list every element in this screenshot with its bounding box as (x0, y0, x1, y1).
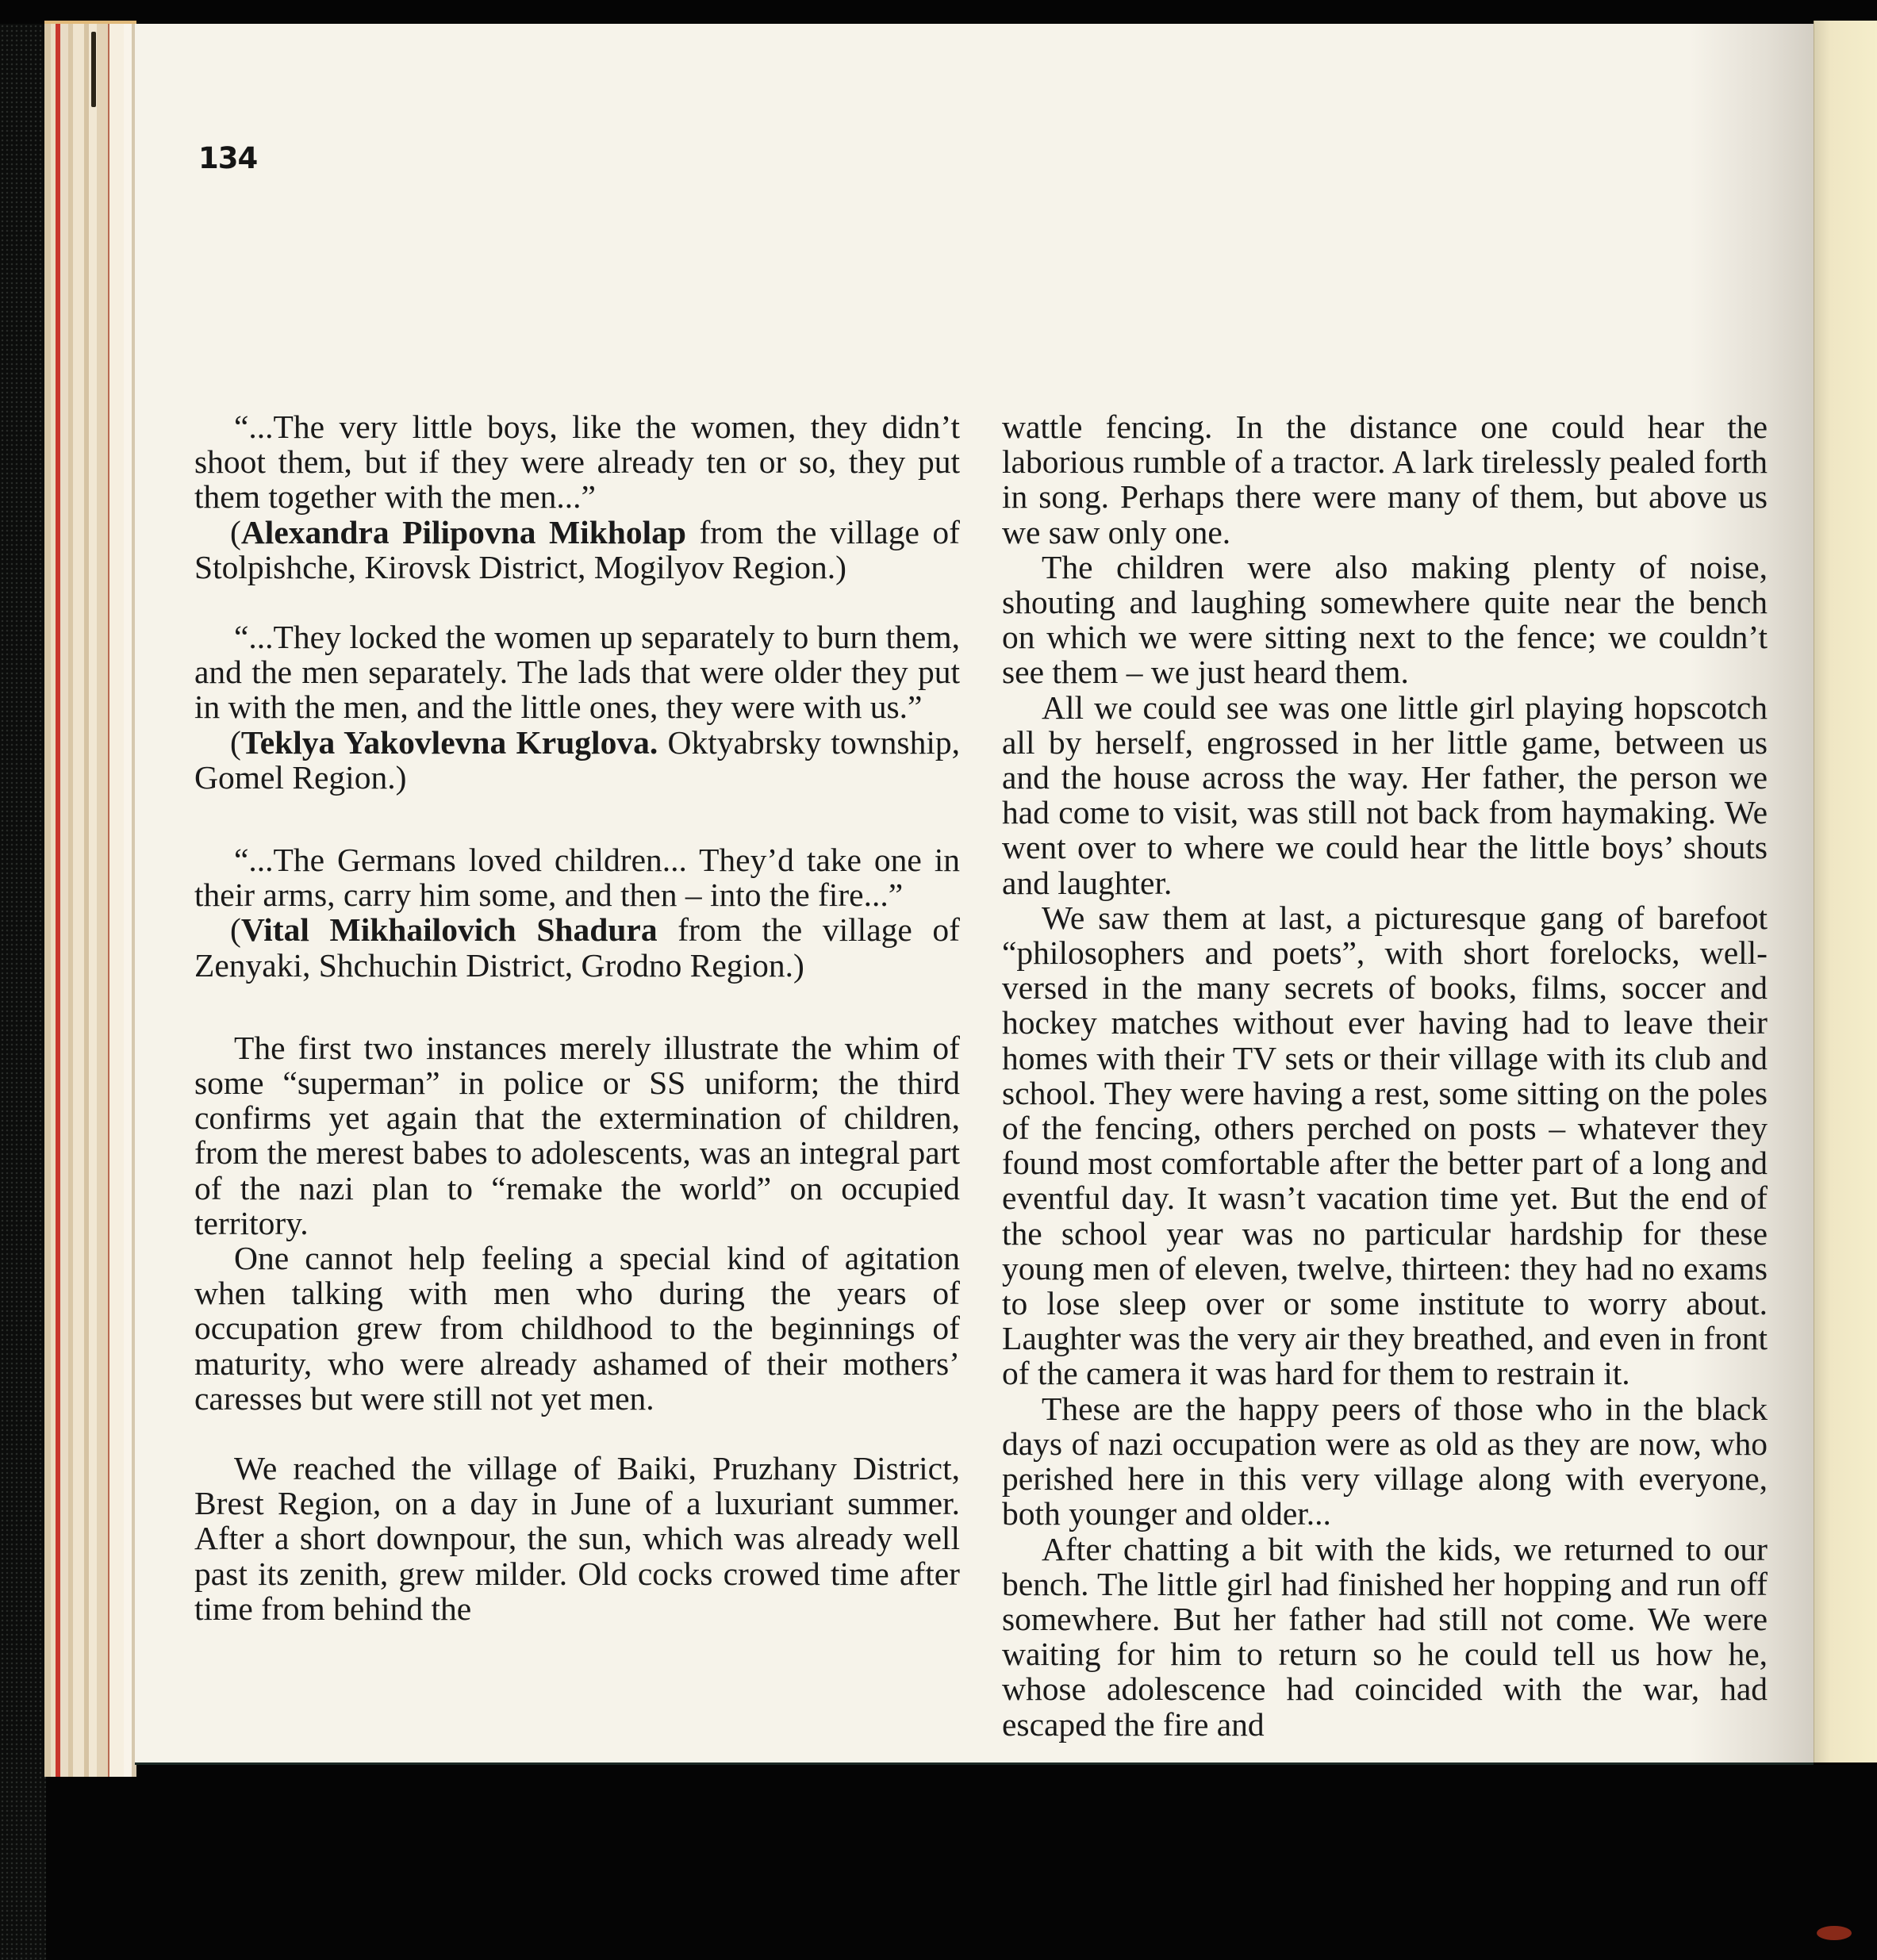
quote-3-text: “...The Germans loved children... They’d… (194, 842, 960, 912)
quote-1-text: “...The very little boys, like the women… (194, 409, 960, 515)
attribution-paren: ( (230, 724, 241, 761)
body-paragraph: We saw them at last, a picturesque gang … (1002, 900, 1768, 1391)
spacer (194, 1416, 960, 1451)
book-cover-edge (0, 24, 46, 1960)
body-paragraph: One cannot help feeling a special kind o… (194, 1241, 960, 1416)
cover-corner-mark (1817, 1926, 1852, 1940)
page-edges (44, 21, 136, 1777)
attribution-name: Alexandra Pilipovna Mikholap (241, 514, 686, 550)
body-paragraph: After chatting a bit with the kids, we r… (1002, 1532, 1768, 1742)
attribution-paren: ( (230, 514, 241, 550)
body-paragraph: The first two instances merely illustrat… (194, 1030, 960, 1241)
body-paragraph: We reached the village of Baiki, Pruzhan… (194, 1451, 960, 1626)
spacer (194, 585, 960, 619)
quote-2-text: “...They locked the women up separately … (194, 619, 960, 725)
page-number: 134 (198, 141, 257, 175)
body-paragraph: All we could see was one little girl pla… (1002, 690, 1768, 900)
body-paragraph: The children were also making plenty of … (1002, 550, 1768, 690)
quote-2-attribution: (Teklya Yakovlevna Kruglova. Oktyabrsky … (194, 725, 960, 795)
bookmark-ribbon (91, 32, 96, 107)
spacer (194, 795, 960, 842)
quote-3-attribution: (Vital Mikhailovich Shadura from the vil… (194, 912, 960, 982)
left-column: “...The very little boys, like the women… (194, 409, 960, 1626)
attribution-name: Teklya Yakovlevna Kruglova. (241, 724, 658, 761)
facing-page-edge (1814, 21, 1877, 1762)
quote-1-attribution: (Alexandra Pilipovna Mikholap from the v… (194, 515, 960, 585)
attribution-name: Vital Mikhailovich Shadura (241, 911, 658, 948)
attribution-paren: ( (230, 911, 241, 948)
body-paragraph: These are the happy peers of those who i… (1002, 1391, 1768, 1532)
right-column: wattle fencing. In the distance one coul… (1002, 409, 1768, 1742)
body-paragraph-continued: wattle fencing. In the distance one coul… (1002, 409, 1768, 550)
spacer (194, 983, 960, 1030)
